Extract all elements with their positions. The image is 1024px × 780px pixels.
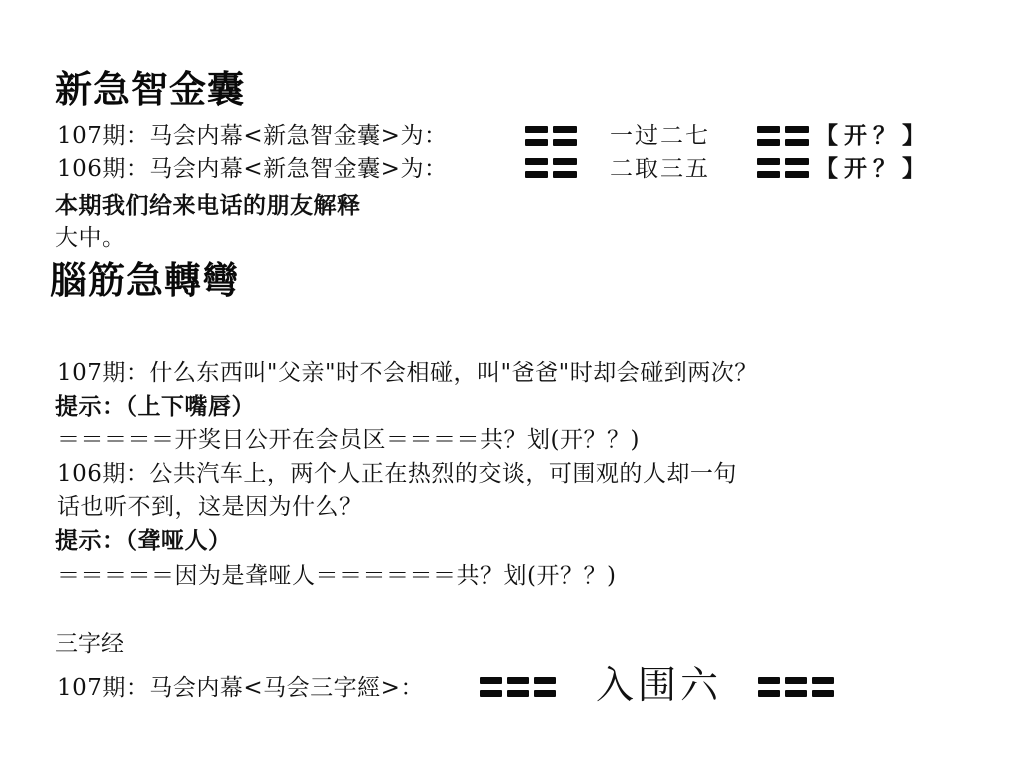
row-107-status: 【开？】: [815, 120, 931, 152]
note-line-1: 本期我们给来电话的朋友解释: [55, 190, 361, 222]
row-107-label: 107期：马会内幕<新急智金囊>为：: [57, 120, 447, 152]
teaser-106-hint: 提示：（聋哑人）: [55, 525, 232, 557]
sanzijing-107-label: 107期：马会内幕<马会三字經>：: [57, 672, 424, 704]
row-106-label: 106期：马会内幕<新急智金囊>为：: [57, 153, 447, 185]
bar-block-left-row1: [525, 126, 577, 146]
teaser-107-hint: 提示：（上下嘴唇）: [55, 391, 255, 423]
section-title-sanzijing: 三字经: [55, 628, 124, 660]
teaser-106-question-1: 106期：公共汽车上，两个人正在热烈的交谈，可围观的人却一句: [57, 458, 737, 490]
bar-block-right-row2: [757, 158, 809, 178]
teaser-107-question: 107期：什么东西叫"父亲"时不会相碰，叫"爸爸"时却会碰到两次？: [57, 357, 758, 389]
section-title-brain-teaser: 腦筋急轉彎: [50, 261, 240, 301]
note-line-2: 大中。: [55, 222, 126, 254]
row-107-result: 一过二七: [610, 120, 710, 152]
bar-block-left-row2: [525, 158, 577, 178]
teaser-106-question-2: 话也听不到，这是因为什么？: [57, 491, 363, 523]
bar-block-right-sanzijing: [758, 677, 834, 697]
bar-block-right-row1: [757, 126, 809, 146]
row-106-status: 【开？】: [815, 153, 931, 185]
teaser-106-answer-line: ＝＝＝＝＝因为是聋哑人＝＝＝＝＝＝共？划(开？？): [57, 560, 616, 592]
row-106-result: 二取三五: [610, 153, 710, 185]
sanzijing-107-result: 入围六: [596, 664, 722, 706]
teaser-107-answer-line: ＝＝＝＝＝开奖日公开在会员区＝＝＝＝共？划(开？？): [57, 424, 640, 456]
bar-block-left-sanzijing: [480, 677, 556, 697]
section-title-xinjizhi: 新急智金囊: [55, 70, 245, 110]
